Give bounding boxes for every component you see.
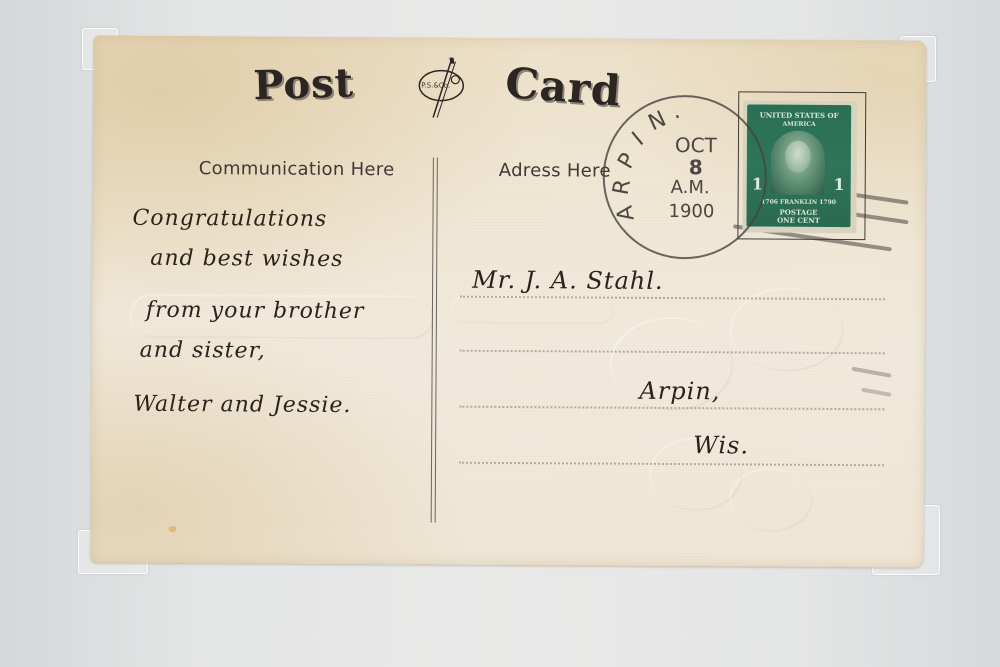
publisher-logo-text: P.S.&Co. — [421, 81, 450, 89]
embossed-flower — [732, 289, 842, 370]
cancellation-bar — [852, 367, 892, 378]
cancellation-bar — [861, 388, 891, 397]
center-divider-line — [431, 158, 438, 523]
embossed-leaf — [452, 298, 612, 323]
postmark-town-letter: . — [671, 99, 682, 125]
postmark-day: 8 — [689, 155, 703, 179]
address-heading: Adress Here — [499, 160, 611, 182]
post-title-text: Post — [253, 59, 355, 109]
franklin-face — [785, 141, 811, 173]
stamp-denomination-right: 1 — [834, 175, 845, 194]
message-line: and best wishes — [150, 246, 343, 272]
postcard: Post P.S.&Co. Card Communication Here Ad… — [90, 35, 926, 567]
postmark-month: OCT — [675, 133, 717, 157]
message-line: from your brother — [146, 298, 365, 324]
postmark: A R P I N . OCT 8 A.M. 1900 — [602, 95, 767, 260]
publisher-palette-logo-icon: P.S.&Co. — [413, 55, 473, 123]
address-dotted-line — [459, 406, 884, 411]
message-signature: Walter and Jessie. — [133, 392, 351, 418]
address-town: Arpin, — [639, 377, 720, 405]
postmark-town-letter: R — [609, 177, 636, 197]
address-name: Mr. J. A. Stahl. — [472, 266, 664, 295]
postmark-year: 1900 — [668, 201, 714, 222]
card-title-text: Card — [504, 58, 624, 116]
franklin-portrait-icon — [771, 131, 825, 195]
postmark-time: A.M. — [671, 177, 710, 198]
address-state: Wis. — [693, 431, 749, 459]
postmark-town-letter: P — [613, 149, 641, 173]
message-line: Congratulations — [132, 206, 327, 232]
postmark-town-letter: I — [628, 128, 649, 151]
postmark-town-letter: N — [645, 107, 670, 137]
embossed-flower — [731, 469, 811, 529]
stamp-america-text: AMERICA — [747, 120, 851, 128]
stamp-country-text: UNITED STATES OF — [747, 110, 851, 120]
communication-heading: Communication Here — [199, 158, 395, 180]
stamp-value-text: ONE CENT — [746, 215, 850, 225]
message-line: and sister, — [140, 338, 266, 364]
age-stain — [169, 526, 177, 532]
postmark-town-letter: A — [612, 204, 639, 223]
